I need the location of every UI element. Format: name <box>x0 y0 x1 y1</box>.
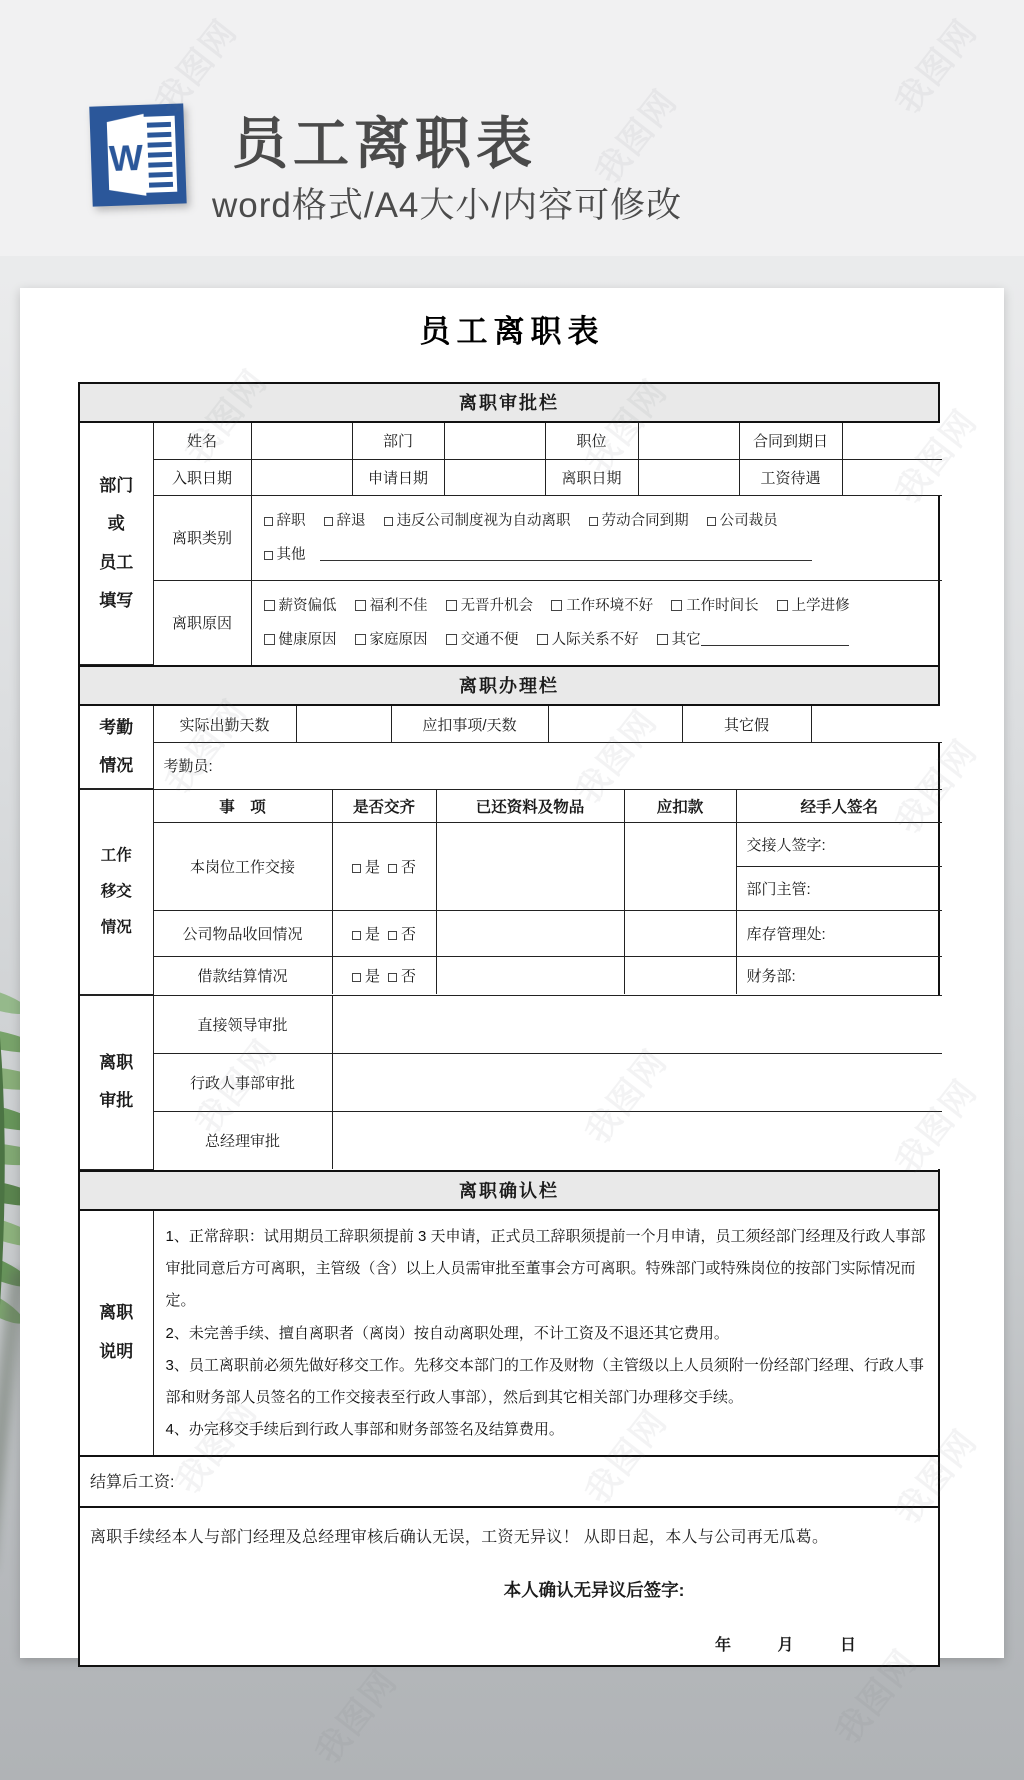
word-icon: W <box>84 98 194 214</box>
document-page: 员工离职表 离职审批栏 部门 或 员工 填写 姓名 部门 职位 合同到期日 <box>20 288 1004 1658</box>
checkbox-icon[interactable] <box>264 634 275 645</box>
input-cell-leave-date[interactable] <box>638 459 739 495</box>
checkbox-icon[interactable] <box>352 973 361 982</box>
date-line[interactable]: 年 月 日 <box>90 1632 928 1655</box>
handover-item-property: 公司物品收回情况 <box>153 910 332 956</box>
sign-cell-receiver[interactable]: 交接人签字: <box>736 822 942 866</box>
leave-reason-options: 薪资偏低 福利不佳 无晋升机会 工作环境不好 工作时间长 上学进修 健康原因 家… <box>251 580 942 665</box>
section-header-approval: 离职审批栏 <box>80 384 938 423</box>
side-label-fill-by: 部门 或 员工 填写 <box>80 423 153 665</box>
form-title: 员工离职表 <box>20 306 1004 351</box>
checkbox-no[interactable]: 否 <box>388 968 416 985</box>
input-cell-salary[interactable] <box>842 459 942 495</box>
input-cell-apply-date[interactable] <box>444 459 545 495</box>
checkbox-resign[interactable]: 辞职 <box>264 513 306 529</box>
label-direct-leader-approval: 直接领导审批 <box>153 995 332 1053</box>
handover-yesno-property: 是否 <box>332 910 436 956</box>
checkbox-yes[interactable]: 是 <box>352 859 380 876</box>
reason-other-fill-line[interactable] <box>701 632 849 646</box>
final-statement: 离职手续经本人与部门经理及总经理审核后确认无误，工资无异议！ 从即日起，本人与公… <box>90 1524 928 1547</box>
input-cell-deduction-work[interactable] <box>624 822 736 910</box>
attendance-clerk-cell[interactable]: 考勤员: <box>153 742 942 788</box>
input-cell-hr-approval[interactable] <box>332 1053 942 1111</box>
checkbox-no[interactable]: 否 <box>388 926 416 943</box>
label-other-leave: 其它假 <box>682 706 811 742</box>
label-gm-approval: 总经理审批 <box>153 1111 332 1169</box>
settled-wage-row[interactable]: 结算后工资: <box>80 1455 938 1506</box>
label-apply-date: 申请日期 <box>352 459 444 495</box>
checkbox-yes[interactable]: 是 <box>352 968 380 985</box>
checkbox-yes[interactable]: 是 <box>352 926 380 943</box>
note-4: 4、办完移交手续后到行政人事部和财务部签名及结算费用。 <box>166 1414 931 1446</box>
col-header-deduction: 应扣款 <box>624 789 736 822</box>
label-hr-approval: 行政人事部审批 <box>153 1053 332 1111</box>
checkbox-icon[interactable] <box>388 864 397 873</box>
input-cell-direct-leader-approval[interactable] <box>332 995 942 1053</box>
leave-notes: 1、正常辞职：试用期员工辞职须提前 3 天申请，正式员工辞职须提前一个月申请，员… <box>153 1211 942 1455</box>
checkbox-bad-environment[interactable]: 工作环境不好 <box>551 598 653 614</box>
input-cell-other-leave[interactable] <box>811 706 942 742</box>
input-cell-returned-work[interactable] <box>436 822 624 910</box>
checkbox-icon[interactable] <box>707 517 716 526</box>
checkbox-layoff[interactable]: 公司裁员 <box>707 513 778 529</box>
note-3: 3、员工离职前必须先做好移交工作。先移交本部门的工作及财物（主管级以上人员须附一… <box>166 1350 931 1415</box>
checkbox-type-other[interactable]: 其他 <box>264 547 306 563</box>
type-other-fill-line[interactable] <box>320 547 812 561</box>
checkbox-icon[interactable] <box>352 864 361 873</box>
label-leave-reason: 离职原因 <box>153 580 251 665</box>
approval-sign-table: 离职 审批 直接领导审批 行政人事部审批 总经理审批 <box>80 995 942 1170</box>
checkbox-icon[interactable] <box>589 517 598 526</box>
checkbox-dismissed[interactable]: 辞退 <box>324 513 366 529</box>
checkbox-no[interactable]: 否 <box>388 859 416 876</box>
side-label-notes: 离职 说明 <box>80 1211 153 1455</box>
resignation-form-table: 离职审批栏 部门 或 员工 填写 姓名 部门 职位 合同到期日 <box>78 382 940 1667</box>
final-confirmation-row: 离职手续经本人与部门经理及总经理审核后确认无误，工资无异议！ 从即日起，本人与公… <box>80 1506 938 1665</box>
checkbox-auto-leave-violation[interactable]: 违反公司制度视为自动离职 <box>384 513 571 529</box>
label-hire-date: 入职日期 <box>153 459 251 495</box>
checkbox-icon[interactable] <box>671 600 682 611</box>
checkbox-further-study[interactable]: 上学进修 <box>777 598 850 614</box>
checkbox-poor-benefits[interactable]: 福利不佳 <box>355 598 428 614</box>
input-cell-contract-expiry[interactable] <box>842 423 942 459</box>
date-year-label: 年 <box>715 1637 731 1654</box>
label-leave-type: 离职类别 <box>153 495 251 580</box>
section-header-confirm: 离职确认栏 <box>80 1170 938 1211</box>
checkbox-icon[interactable] <box>777 600 788 611</box>
side-label-leave-approval: 离职 审批 <box>80 995 153 1169</box>
checkbox-icon[interactable] <box>324 517 333 526</box>
checkbox-icon[interactable] <box>551 600 562 611</box>
checkbox-no-promotion[interactable]: 无晋升机会 <box>446 598 534 614</box>
handover-yesno-loan: 是否 <box>332 956 436 994</box>
signature-prompt[interactable]: 本人确认无异议后签字: <box>175 1577 1013 1602</box>
attendance-table: 考勤 情况 实际出勤天数 应扣事项/天数 其它假 考勤员: <box>80 706 942 789</box>
checkbox-health[interactable]: 健康原因 <box>264 632 337 648</box>
input-cell-position[interactable] <box>638 423 739 459</box>
checkbox-icon[interactable] <box>355 634 366 645</box>
label-name: 姓名 <box>153 423 251 459</box>
handover-yesno-work: 是否 <box>332 822 436 910</box>
note-1: 1、正常辞职：试用期员工辞职须提前 3 天申请，正式员工辞职须提前一个月申请，员… <box>166 1221 931 1318</box>
handover-item-work: 本岗位工作交接 <box>153 822 332 910</box>
side-label-attendance: 考勤 情况 <box>80 706 153 788</box>
col-header-returned-items: 已还资料及物品 <box>436 789 624 822</box>
date-month-label: 月 <box>778 1637 794 1654</box>
checkbox-icon[interactable] <box>388 973 397 982</box>
input-cell-returned-property[interactable] <box>436 910 624 956</box>
handover-table: 工作 移交 情况 事 项 是否交齐 已还资料及物品 应扣款 经手人签名 本岗位工… <box>80 789 942 995</box>
checkbox-icon[interactable] <box>384 517 393 526</box>
checkbox-icon[interactable] <box>446 634 457 645</box>
approval-fill-table: 部门 或 员工 填写 姓名 部门 职位 合同到期日 入职日期 申请日期 离 <box>80 423 942 665</box>
notes-table: 离职 说明 1、正常辞职：试用期员工辞职须提前 3 天申请，正式员工辞职须提前一… <box>80 1211 942 1455</box>
checkbox-icon[interactable] <box>388 931 397 940</box>
checkbox-icon[interactable] <box>264 600 275 611</box>
checkbox-icon[interactable] <box>657 634 668 645</box>
input-cell-name[interactable] <box>251 423 352 459</box>
label-position: 职位 <box>545 423 638 459</box>
checkbox-low-salary[interactable]: 薪资偏低 <box>264 598 337 614</box>
date-day-label: 日 <box>840 1637 856 1654</box>
checkbox-icon[interactable] <box>264 551 273 560</box>
checkbox-long-hours[interactable]: 工作时间长 <box>671 598 759 614</box>
note-2: 2、未完善手续、擅自离职者（离岗）按自动离职处理，不计工资及不退还其它费用。 <box>166 1318 931 1350</box>
col-header-handed-over: 是否交齐 <box>332 789 436 822</box>
word-icon-letter: W <box>108 137 143 179</box>
input-cell-deduction-property[interactable] <box>624 910 736 956</box>
sign-cell-dept-manager[interactable]: 部门主管: <box>736 866 942 910</box>
banner-subtitle: word格式/A4大小/内容可修改 <box>212 178 682 228</box>
label-salary: 工资待遇 <box>739 459 842 495</box>
input-cell-department[interactable] <box>444 423 545 459</box>
label-leave-date: 离职日期 <box>545 459 638 495</box>
checkbox-icon[interactable] <box>352 931 361 940</box>
checkbox-family[interactable]: 家庭原因 <box>355 632 428 648</box>
label-department: 部门 <box>352 423 444 459</box>
promo-banner: W 员工离职表 word格式/A4大小/内容可修改 <box>0 0 1024 256</box>
label-contract-expiry: 合同到期日 <box>739 423 842 459</box>
banner-title: 员工离职表 <box>232 100 537 180</box>
checkbox-icon[interactable] <box>264 517 273 526</box>
checkbox-icon[interactable] <box>446 600 457 611</box>
checkbox-relationships[interactable]: 人际关系不好 <box>537 632 639 648</box>
leave-type-options: 辞职 辞退 违反公司制度视为自动离职 劳动合同到期 公司裁员 其他 <box>251 495 942 580</box>
input-cell-deduction-loan[interactable] <box>624 956 736 994</box>
sign-cell-inventory[interactable]: 库存管理处: <box>736 910 942 956</box>
checkbox-reason-other[interactable]: 其它 <box>657 632 701 648</box>
checkbox-contract-expired[interactable]: 劳动合同到期 <box>589 513 689 529</box>
section-header-process: 离职办理栏 <box>80 665 938 706</box>
col-header-item: 事 项 <box>153 789 332 822</box>
checkbox-commute[interactable]: 交通不便 <box>446 632 519 648</box>
label-deduction-days: 应扣事项/天数 <box>391 706 548 742</box>
checkbox-icon[interactable] <box>355 600 366 611</box>
checkbox-icon[interactable] <box>537 634 548 645</box>
input-cell-gm-approval[interactable] <box>332 1111 942 1169</box>
input-cell-deduction-days[interactable] <box>548 706 682 742</box>
input-cell-actual-days[interactable] <box>296 706 391 742</box>
label-actual-days: 实际出勤天数 <box>153 706 296 742</box>
side-label-handover: 工作 移交 情况 <box>80 789 153 994</box>
input-cell-returned-loan[interactable] <box>436 956 624 994</box>
watermark: 我图网 <box>301 1657 406 1772</box>
input-cell-hire-date[interactable] <box>251 459 352 495</box>
handover-item-loan: 借款结算情况 <box>153 956 332 994</box>
sign-cell-finance[interactable]: 财务部: <box>736 956 942 994</box>
col-header-handler-signature: 经手人签名 <box>736 789 942 822</box>
